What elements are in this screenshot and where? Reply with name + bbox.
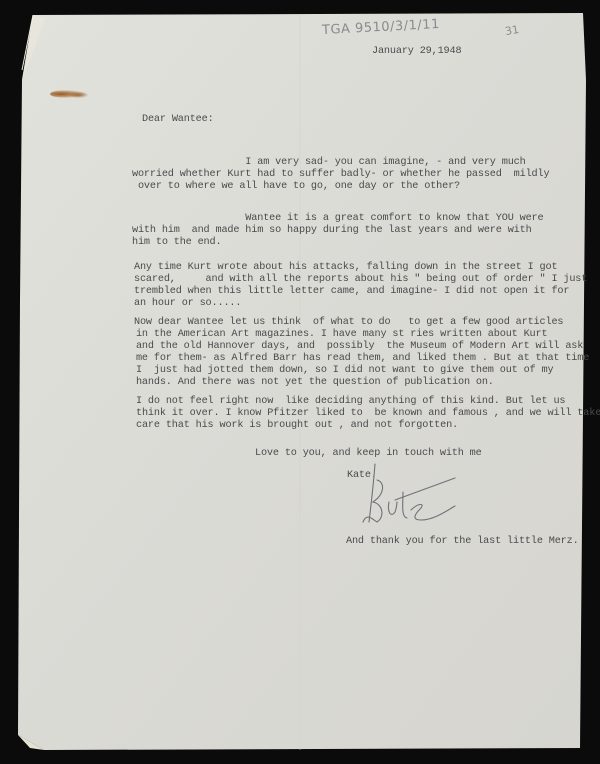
letter-line: an hour or so..... [134,298,241,310]
letter-line: in the American Art magazines. I have ma… [130,329,547,341]
letter-line: with him and made him so happy during th… [132,225,532,237]
handwritten-signature-icon [355,462,465,532]
letter-line: think it over. I know Pfitzer liked to b… [136,408,600,420]
letter-line: I am very sad- you can imagine, - and ve… [132,157,526,169]
letter-line: Any time Kurt wrote about his attacks, f… [134,262,557,274]
scanned-letter: TGA 9510/3/1/11 31 January 29,1948 Dear … [0,0,600,764]
letter-line: trembled when this little letter came, a… [134,286,569,298]
letter-line: I do not feel right now like deciding an… [136,396,565,408]
letter-line: me for them- as Alfred Barr has read the… [130,353,589,365]
letter-line: I just had jotted them down, so I did no… [130,365,553,377]
letter-line: Now dear Wantee let us think of what to … [134,317,563,329]
postscript: And thank you for the last little Merz. [346,536,579,548]
letter-line: and the old Hannover days, and possibly … [130,341,583,353]
letter-line: hands. And there was not yet the questio… [130,377,494,389]
letter-line: scared, and with all the reports about h… [134,274,587,286]
page-number: 31 [504,23,520,38]
rust-stain [70,92,88,98]
letter-line: worried whether Kurt had to suffer badly… [132,169,549,181]
closing-line: Love to you, and keep in touch with me [255,448,482,460]
letter-date: January 29,1948 [372,46,461,58]
letter-line: care that his work is brought out , and … [136,420,458,432]
letter-line: Wantee it is a great comfort to know tha… [132,213,543,225]
letter-line: over to where we all have to go, one day… [132,181,460,193]
salutation: Dear Wantee: [142,114,214,126]
letter-line: him to the end. [132,237,221,249]
